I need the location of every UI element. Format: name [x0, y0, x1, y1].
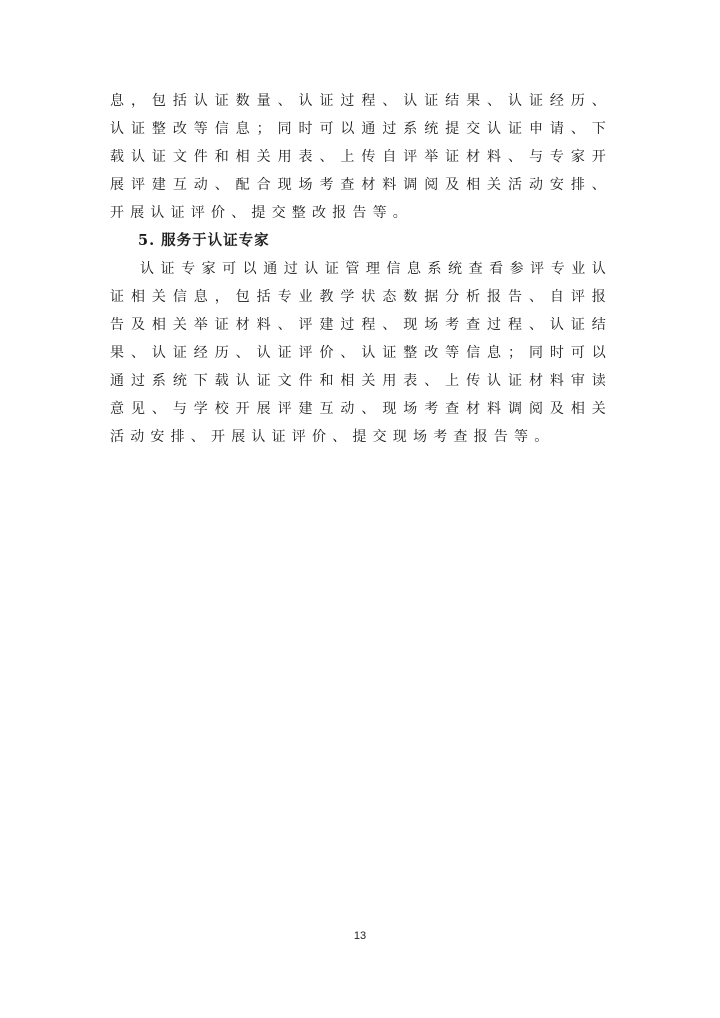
section-paragraph: 认证专家可以通过认证管理信息系统查看参评专业认证相关信息，包括专业教学状态数据分…	[110, 255, 612, 451]
continuation-paragraph: 息，包括认证数量、认证过程、认证结果、认证经历、认证整改等信息；同时可以通过系统…	[110, 87, 612, 227]
document-page: 息，包括认证数量、认证过程、认证结果、认证经历、认证整改等信息；同时可以通过系统…	[110, 87, 612, 451]
section-heading: 5. 服务于认证专家	[110, 227, 612, 255]
page-number: 13	[0, 930, 720, 942]
